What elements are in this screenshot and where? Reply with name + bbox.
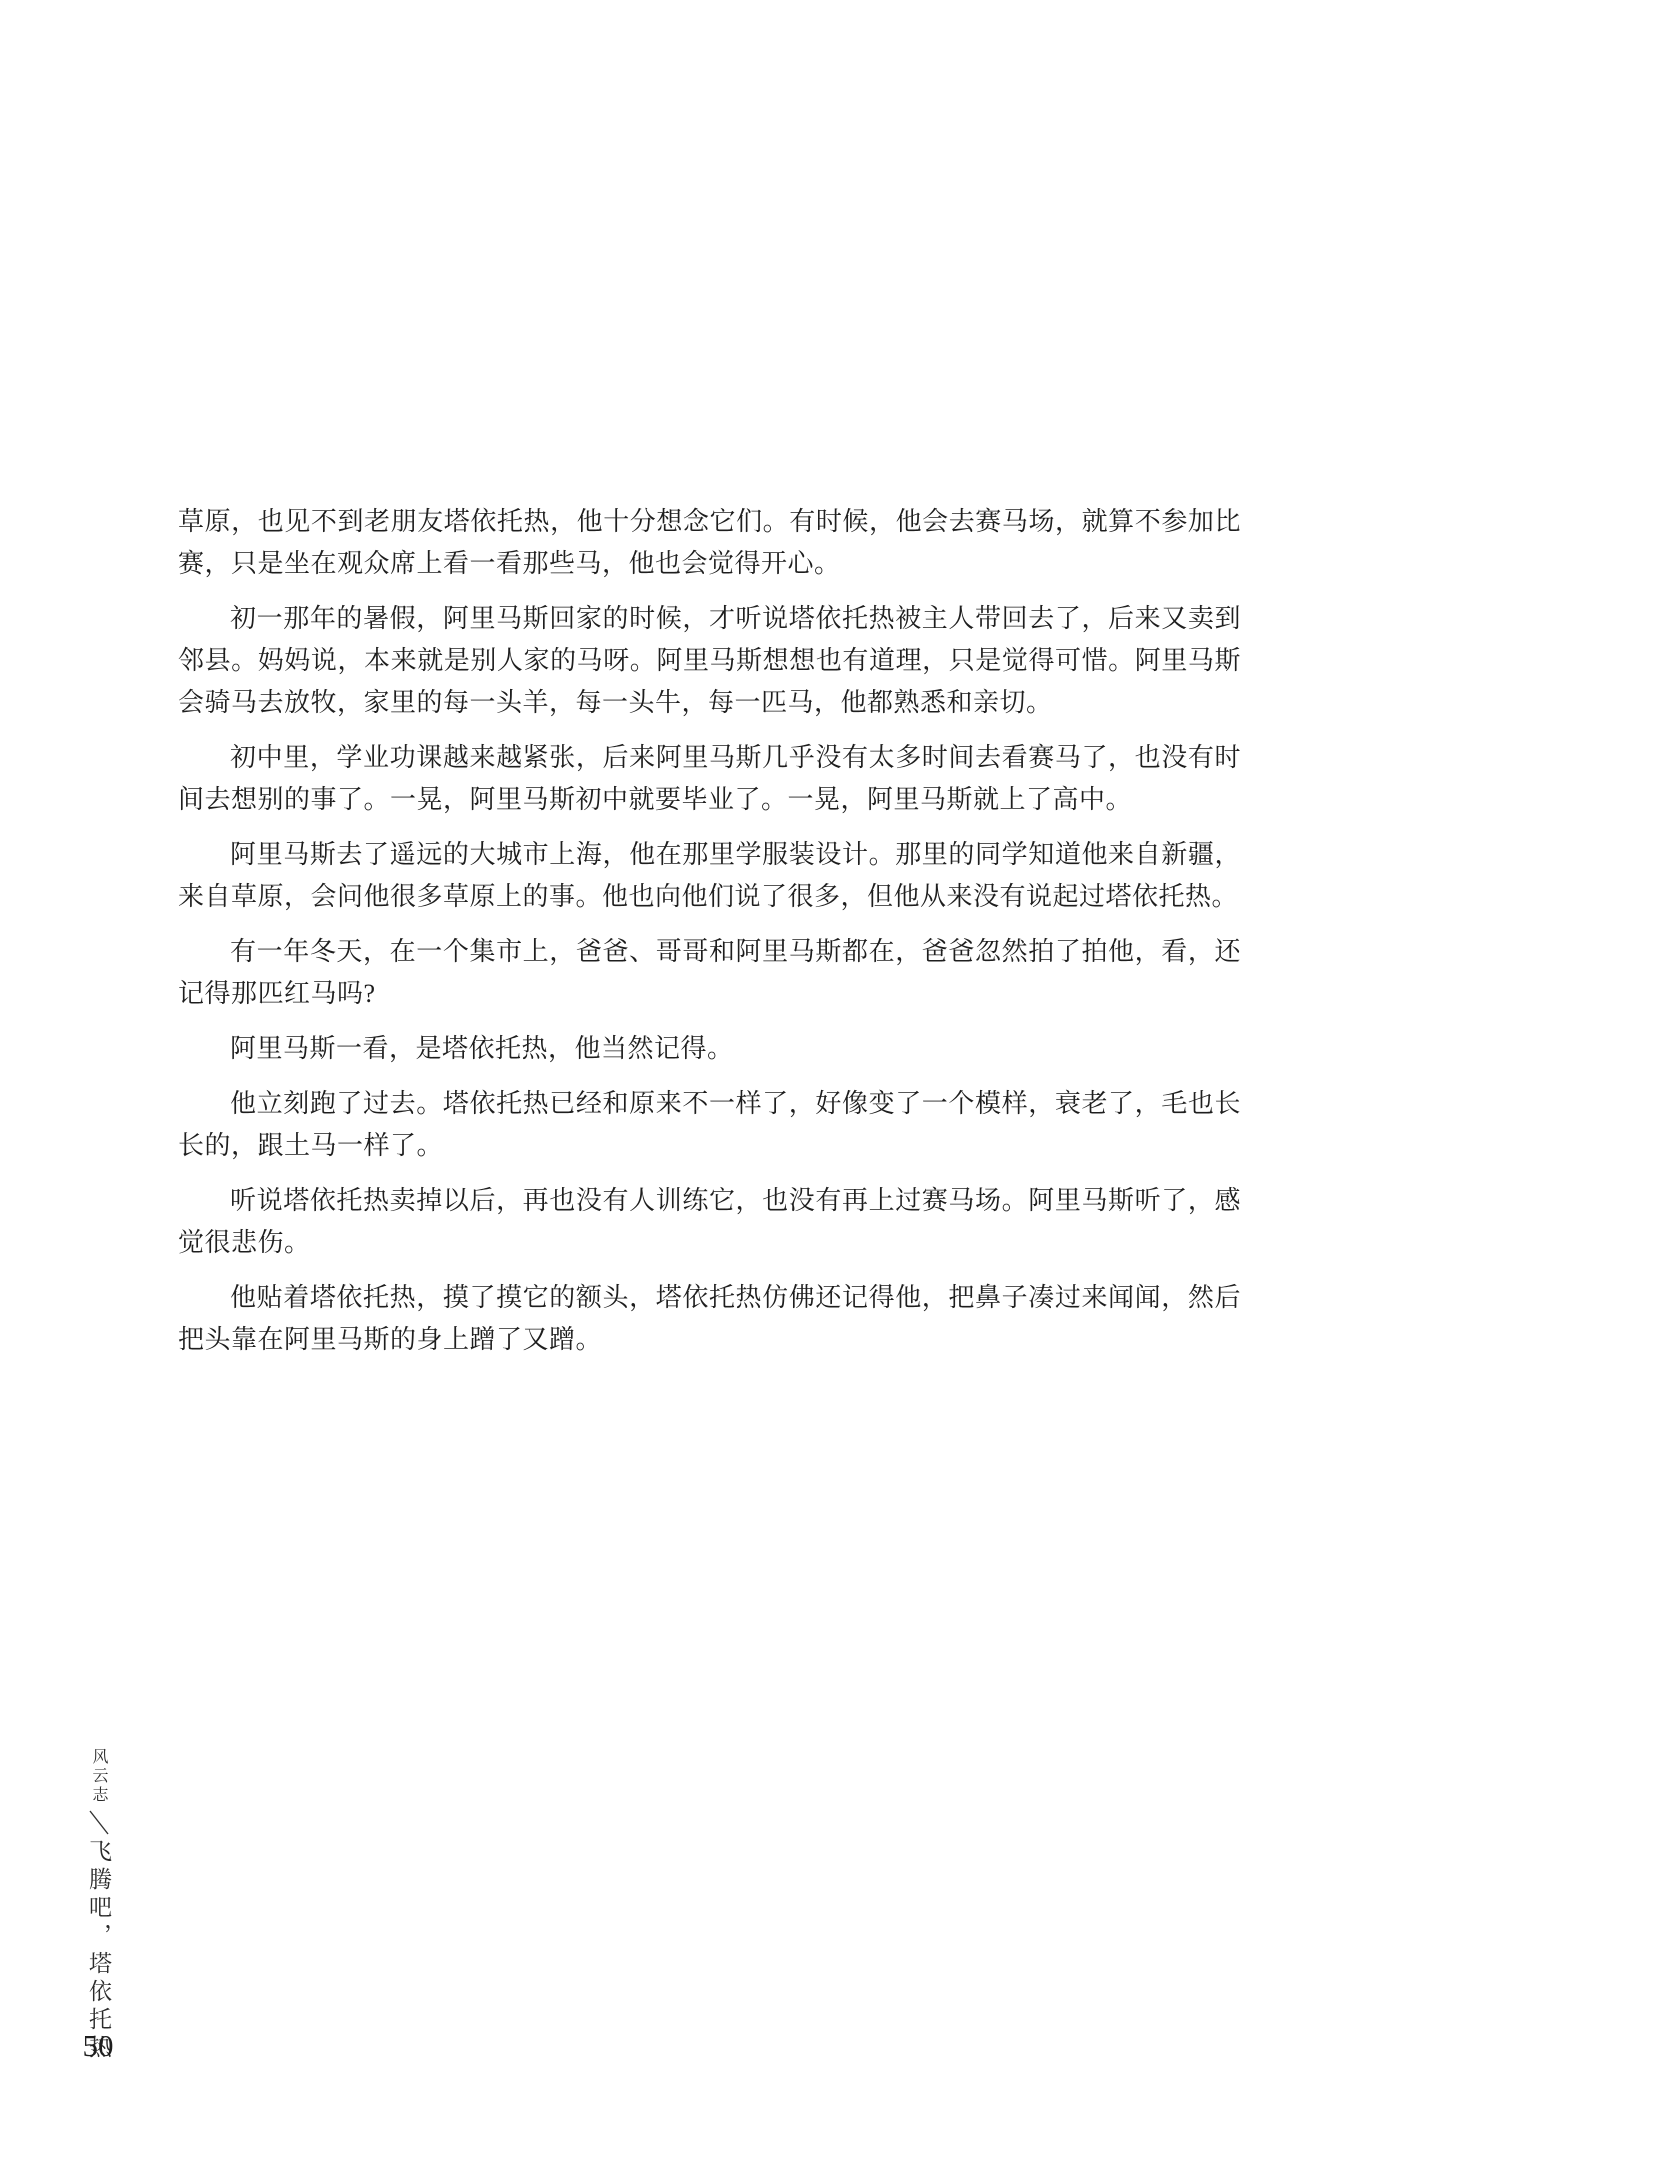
paragraph: 他贴着塔依托热，摸了摸它的额头，塔依托热仿佛还记得他，把鼻子凑过来闻闻，然后把头… bbox=[178, 1277, 1241, 1361]
paragraph: 听说塔依托热卖掉以后，再也没有人训练它，也没有再上过赛马场。阿里马斯听了，感觉很… bbox=[178, 1180, 1241, 1264]
paragraph: 他立刻跑了过去。塔依托热已经和原来不一样了，好像变了一个模样，衰老了，毛也长长的… bbox=[178, 1083, 1241, 1167]
paragraph: 初一那年的暑假，阿里马斯回家的时候，才听说塔依托热被主人带回去了，后来又卖到邻县… bbox=[178, 598, 1241, 724]
paragraph: 阿里马斯一看，是塔依托热，他当然记得。 bbox=[178, 1028, 1241, 1070]
paragraph: 阿里马斯去了遥远的大城市上海，他在那里学服装设计。那里的同学知道他来自新疆，来自… bbox=[178, 834, 1241, 918]
running-footer: 风云志飞腾吧，塔依托热 bbox=[82, 1748, 114, 2063]
paragraph: 初中里，学业功课越来越紧张，后来阿里马斯几乎没有太多时间去看赛马了，也没有时间去… bbox=[178, 737, 1241, 821]
slash-separator-icon bbox=[85, 1809, 111, 1835]
paragraph: 草原，也见不到老朋友塔依托热，他十分想念它们。有时候，他会去赛马场，就算不参加比… bbox=[178, 501, 1241, 585]
page-number: 50 bbox=[82, 2028, 114, 2064]
series-title: 风云志 bbox=[90, 1748, 107, 1805]
story-text: 草原，也见不到老朋友塔依托热，他十分想念它们。有时候，他会去赛马场，就算不参加比… bbox=[178, 501, 1241, 1374]
vertical-title: 风云志飞腾吧，塔依托热 bbox=[82, 1748, 115, 2063]
paragraph: 有一年冬天，在一个集市上，爸爸、哥哥和阿里马斯都在，爸爸忽然拍了拍他，看，还记得… bbox=[178, 931, 1241, 1015]
